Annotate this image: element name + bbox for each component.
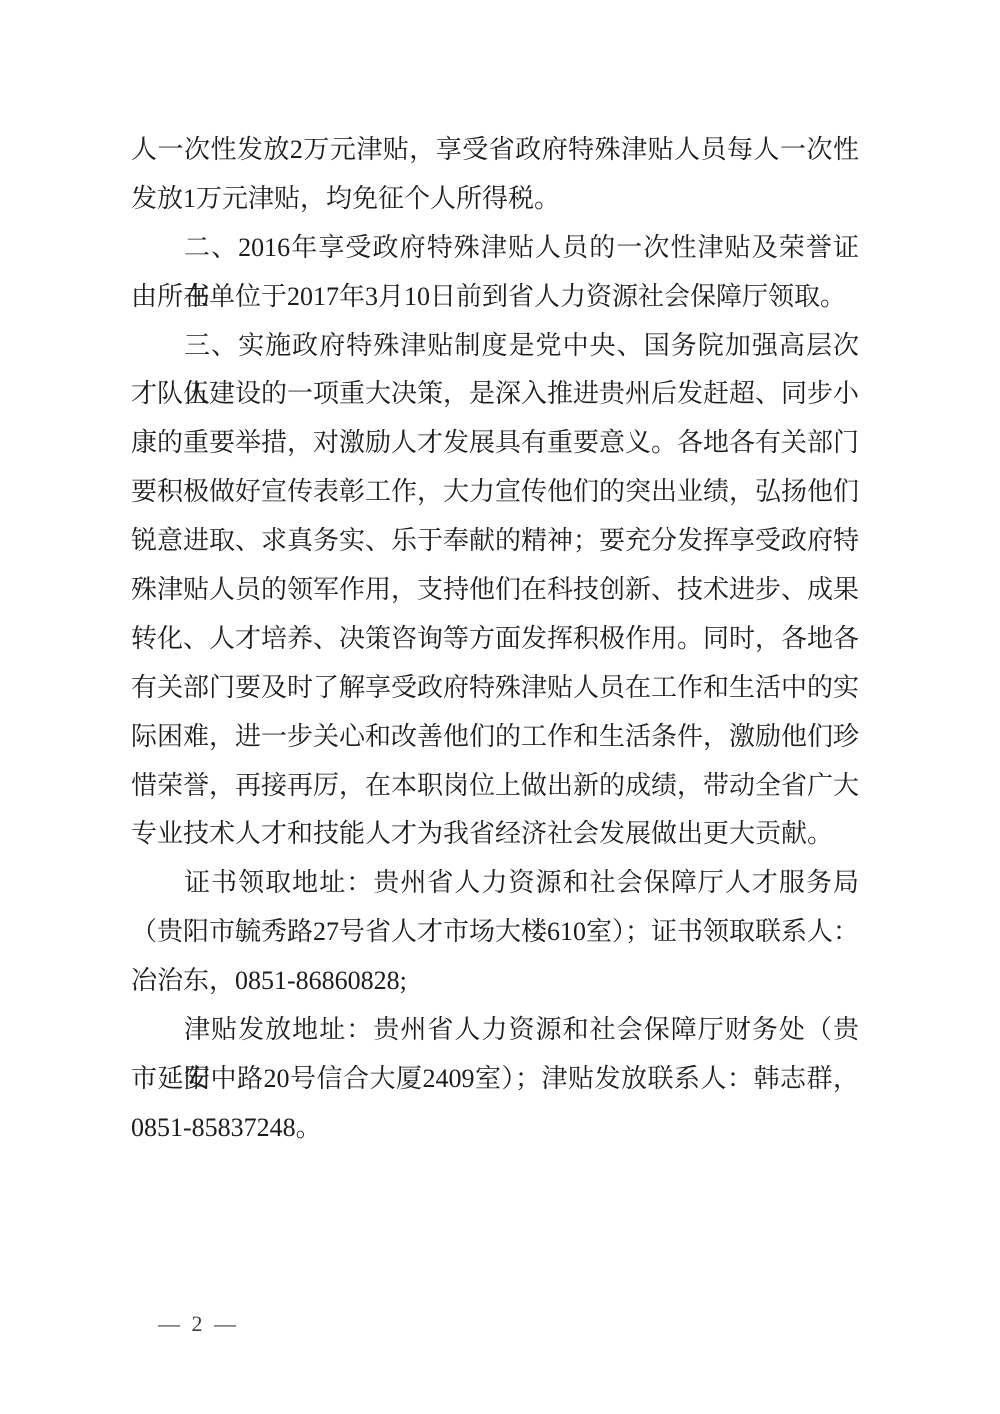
- body-line: 康的重要举措，对激励人才发展具有重要意义。各地各有关部门: [131, 419, 859, 468]
- body-line: 人一次性发放2万元津贴，享受省政府特殊津贴人员每人一次性: [131, 126, 859, 175]
- document-page: 人一次性发放2万元津贴，享受省政府特殊津贴人员每人一次性发放1万元津贴，均免征个…: [0, 0, 1000, 1414]
- body-line: 三、实施政府特殊津贴制度是党中央、国务院加强高层次人: [131, 322, 859, 371]
- body-line: 惜荣誉，再接再厉，在本职岗位上做出新的成绩，带动全省广大: [131, 762, 859, 811]
- body-line: 发放1万元津贴，均免征个人所得税。: [131, 175, 859, 224]
- body-line: 专业技术人才和技能人才为我省经济社会发展做出更大贡献。: [131, 810, 859, 859]
- body-line: 转化、人才培养、决策咨询等方面发挥积极作用。同时，各地各: [131, 615, 859, 664]
- body-line: 证书领取地址：贵州省人力资源和社会保障厅人才服务局: [131, 859, 859, 908]
- body-line: 有关部门要及时了解享受政府特殊津贴人员在工作和生活中的实: [131, 664, 859, 713]
- body-line: 市延安中路20号信合大厦2409室）；津贴发放联系人：韩志群，: [131, 1055, 859, 1104]
- body-line: 二、2016年享受政府特殊津贴人员的一次性津贴及荣誉证书: [131, 224, 859, 273]
- document-body: 人一次性发放2万元津贴，享受省政府特殊津贴人员每人一次性发放1万元津贴，均免征个…: [131, 126, 859, 1153]
- body-line: 锐意进取、求真务实、乐于奉献的精神；要充分发挥享受政府特: [131, 517, 859, 566]
- body-line: 0851-85837248。: [131, 1104, 859, 1153]
- page-number: — 2 —: [158, 1311, 239, 1337]
- body-line: 由所在单位于2017年3月10日前到省人力资源社会保障厅领取。: [131, 273, 859, 322]
- body-line: 才队伍建设的一项重大决策，是深入推进贵州后发赶超、同步小: [131, 370, 859, 419]
- body-line: 冶治东，0851-86860828;: [131, 957, 859, 1006]
- body-line: （贵阳市毓秀路27号省人才市场大楼610室）；证书领取联系人：: [131, 908, 859, 957]
- body-line: 要积极做好宣传表彰工作，大力宣传他们的突出业绩，弘扬他们: [131, 468, 859, 517]
- body-line: 殊津贴人员的领军作用，支持他们在科技创新、技术进步、成果: [131, 566, 859, 615]
- body-line: 际困难，进一步关心和改善他们的工作和生活条件，激励他们珍: [131, 713, 859, 762]
- body-line: 津贴发放地址：贵州省人力资源和社会保障厅财务处（贵阳: [131, 1006, 859, 1055]
